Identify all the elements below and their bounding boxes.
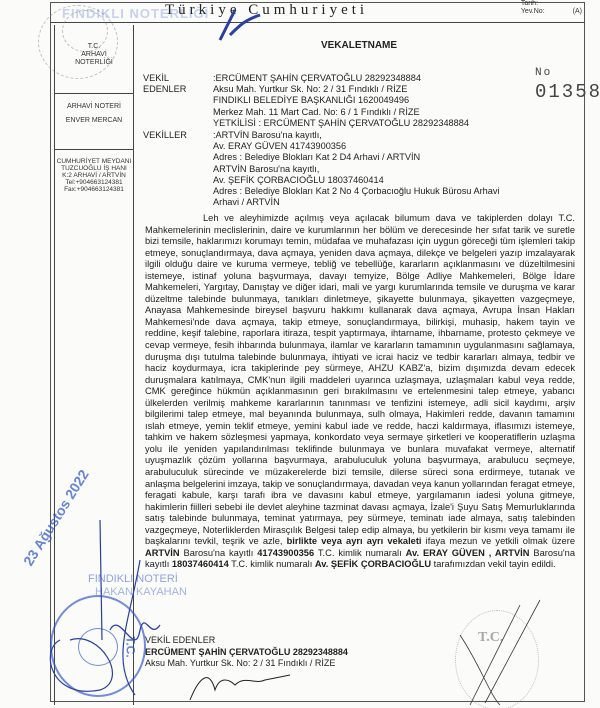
notary-cross-signature-icon (450, 585, 550, 708)
notary-address: CUMHURİYET MEYDANI TUZCUOĞLU İŞ HANI K:2… (55, 150, 133, 193)
notary-box: ARHAVİ NOTERİ ENVER MERCAN (55, 94, 133, 150)
principal-line: FINDIKLI BELEDİYE BAŞKANLIĞI 1620049496 (213, 95, 469, 106)
attorney-line: Adres : Belediye Blokları Kat 2 D4 Arhav… (213, 152, 500, 163)
attorney-line: Adres : Belediye Blokları Kat 2 No 4 Çor… (213, 186, 500, 197)
principals-label: VEKİL EDENLER (143, 73, 213, 95)
tarih-label: Tarih: (521, 0, 538, 8)
principal-line: Aksu Mah. Yurtkur Sk. No: 2 / 31 Fındıkl… (213, 84, 469, 95)
principals-section: VEKİL EDENLER :ERCÜMENT ŞAHİN ÇERVATOĞLU… (143, 73, 469, 129)
seal-text: T.C. ARHAVİ NOTERLİĞİ (55, 43, 133, 67)
notary-info: ARHAVİ NOTERİ ENVER MERCAN (55, 94, 133, 128)
principal-line: :ERCÜMENT ŞAHİN ÇERVATOĞLU 28292348884 (213, 73, 469, 84)
serial-prefix: No (535, 67, 552, 79)
attorneys-label: VEKİLLER (143, 130, 213, 141)
attorney-line: Av. ŞEFİK ÇORBACIOĞLU 18037460414 (213, 175, 500, 186)
attorney-line: :ARTVİN Barosu'na kayıtlı, (213, 130, 500, 141)
attorney-line: Arhavi / ARTVİN (213, 197, 500, 208)
notary-signature-icon (40, 500, 180, 705)
serial-number: No 01358 (535, 59, 600, 103)
attorneys-section: VEKİLLER :ARTVİN Barosu'na kayıtlı, Av. … (143, 130, 500, 208)
body-main-text: Leh ve aleyhimizde açılmış veya açılacak… (145, 213, 575, 546)
serial-value: 01358 (535, 81, 600, 103)
notary-name: ENVER MERCAN (55, 114, 133, 128)
header-meta: Tarih: Yev.No:(A) (521, 0, 582, 16)
attorney-line: ARTVİN Barosu'na kayıtlı, (213, 164, 500, 175)
seal-box: T.C. ARHAVİ NOTERLİĞİ (55, 25, 133, 94)
principal-signature-icon (185, 665, 295, 705)
document-page: Türkiye Cumhuriyeti Tarih: Yev.No:(A) T.… (0, 0, 600, 708)
yev-no-label: Yev.No: (521, 8, 545, 16)
power-of-attorney-body: Leh ve aleyhimizde açılmış veya açılacak… (145, 213, 575, 571)
attorney-line: Av. ERAY GÜVEN 41743900356 (213, 141, 500, 152)
top-stamp-mark-icon (215, 5, 265, 45)
yev-no-suffix: (A) (573, 8, 582, 16)
principal-line: YETKİLİSİ : ERCÜMENT ŞAHİN ÇERVATOĞLU 28… (213, 118, 469, 129)
top-notary-stamp: FINDIKLI NOTERLİĞİ (62, 6, 209, 21)
document-title: VEKALETNAME (138, 40, 580, 51)
principal-line: Merkez Mah. 11 Mart Cad. No: 6 / 1 Fındı… (213, 107, 469, 118)
notary-title: ARHAVİ NOTERİ (55, 100, 133, 114)
